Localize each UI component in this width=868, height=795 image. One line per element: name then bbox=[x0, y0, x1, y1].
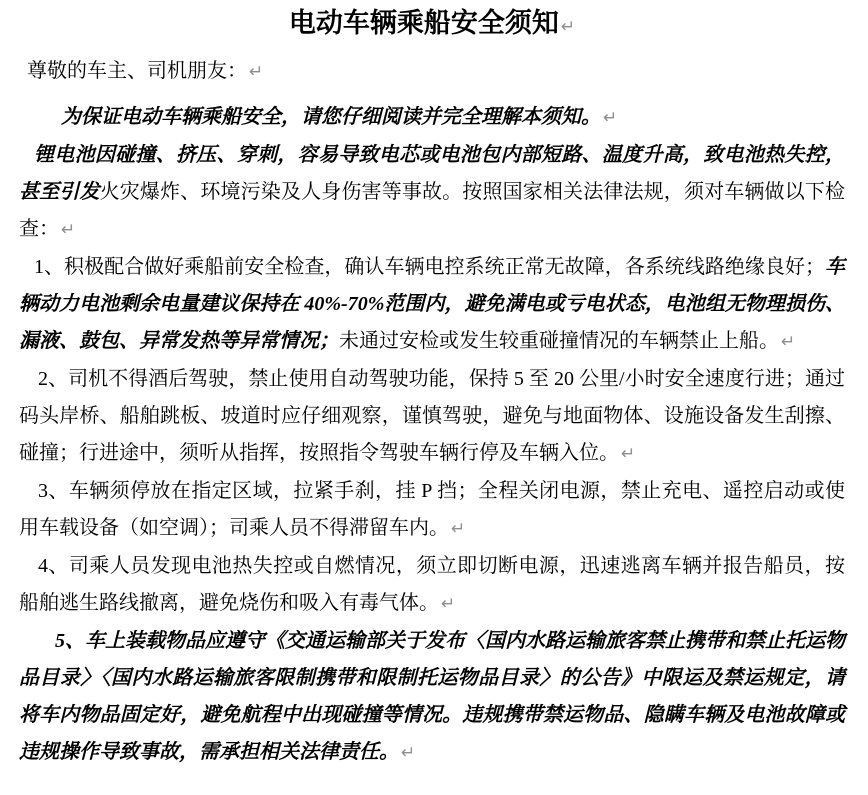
rule-2-text: 2、司机不得酒后驾驶，禁止使用自动驾驶功能，保持 5 至 20 公里/小时安全速… bbox=[19, 368, 845, 464]
rule-5-text: 5、车上装载物品应遵守《交通运输部关于发布〈国内水路运输旅客禁止携带和禁止托运物… bbox=[19, 630, 845, 763]
rule-item-2: 2、司机不得酒后驾驶，禁止使用自动驾驶功能，保持 5 至 20 公里/小时安全速… bbox=[19, 361, 845, 473]
paragraph-mark-icon: ↵ bbox=[247, 62, 263, 82]
salutation-paragraph: 尊敬的车主、司机朋友：↵ bbox=[19, 53, 845, 91]
rule-item-5: 5、车上装载物品应遵守《交通运输部关于发布〈国内水路运输旅客禁止携带和禁止托运物… bbox=[19, 623, 845, 772]
document-title-text: 电动车辆乘船安全须知 bbox=[289, 8, 559, 38]
salutation-text: 尊敬的车主、司机朋友： bbox=[27, 60, 247, 82]
rule-1-tail-text: 未通过安检或发生较重碰撞情况的车辆禁止上船。 bbox=[339, 330, 779, 352]
document-page: 电动车辆乘船安全须知↵ 尊敬的车主、司机朋友：↵ 为保证电动车辆乘船安全，请您仔… bbox=[0, 0, 868, 795]
paragraph-mark-icon: ↵ bbox=[399, 743, 415, 763]
rule-item-4: 4、司乘人员发现电池热失控或自燃情况，须立即切断电源，迅速逃离车辆并报告船员，按… bbox=[19, 548, 845, 623]
paragraph-mark-icon: ↵ bbox=[439, 594, 455, 614]
rule-3-text: 3、车辆须停放在指定区域，拉紧手刹，挂 P 挡；全程关闭电源，禁止充电、遥控启动… bbox=[19, 480, 845, 539]
battery-warning-paragraph: 锂电池因碰撞、挤压、穿刺，容易导致电芯或电池包内部短路、温度升高，致电池热失控，… bbox=[19, 137, 845, 249]
rule-item-3: 3、车辆须停放在指定区域，拉紧手刹，挂 P 挡；全程关闭电源，禁止充电、遥控启动… bbox=[19, 473, 845, 548]
paragraph-mark-icon: ↵ bbox=[449, 519, 465, 539]
paragraph-mark-icon: ↵ bbox=[559, 17, 575, 37]
rule-1-lead-text: 1、积极配合做好乘船前安全检查，确认车辆电控系统正常无故障，各系统线路绝缘良好； bbox=[34, 256, 825, 278]
paragraph-mark-icon: ↵ bbox=[59, 220, 75, 240]
paragraph-mark-icon: ↵ bbox=[779, 332, 795, 352]
document-title: 电动车辆乘船安全须知↵ bbox=[19, 5, 845, 45]
rule-4-text: 4、司乘人员发现电池热失控或自燃情况，须立即切断电源，迅速逃离车辆并报告船员，按… bbox=[19, 555, 845, 614]
intro-paragraph: 为保证电动车辆乘船安全，请您仔细阅读并完全理解本须知。↵ bbox=[19, 99, 845, 137]
paragraph-mark-icon: ↵ bbox=[601, 108, 617, 128]
paragraph-mark-icon: ↵ bbox=[619, 444, 635, 464]
intro-text: 为保证电动车辆乘船安全，请您仔细阅读并完全理解本须知。 bbox=[61, 106, 601, 128]
rule-item-1: 1、积极配合做好乘船前安全检查，确认车辆电控系统正常无故障，各系统线路绝缘良好；… bbox=[19, 249, 845, 361]
battery-warning-normal-text: 火灾爆炸、环境污染及人身伤害等事故。按照国家相关法律法规，须对车辆做以下检查： bbox=[19, 181, 845, 240]
